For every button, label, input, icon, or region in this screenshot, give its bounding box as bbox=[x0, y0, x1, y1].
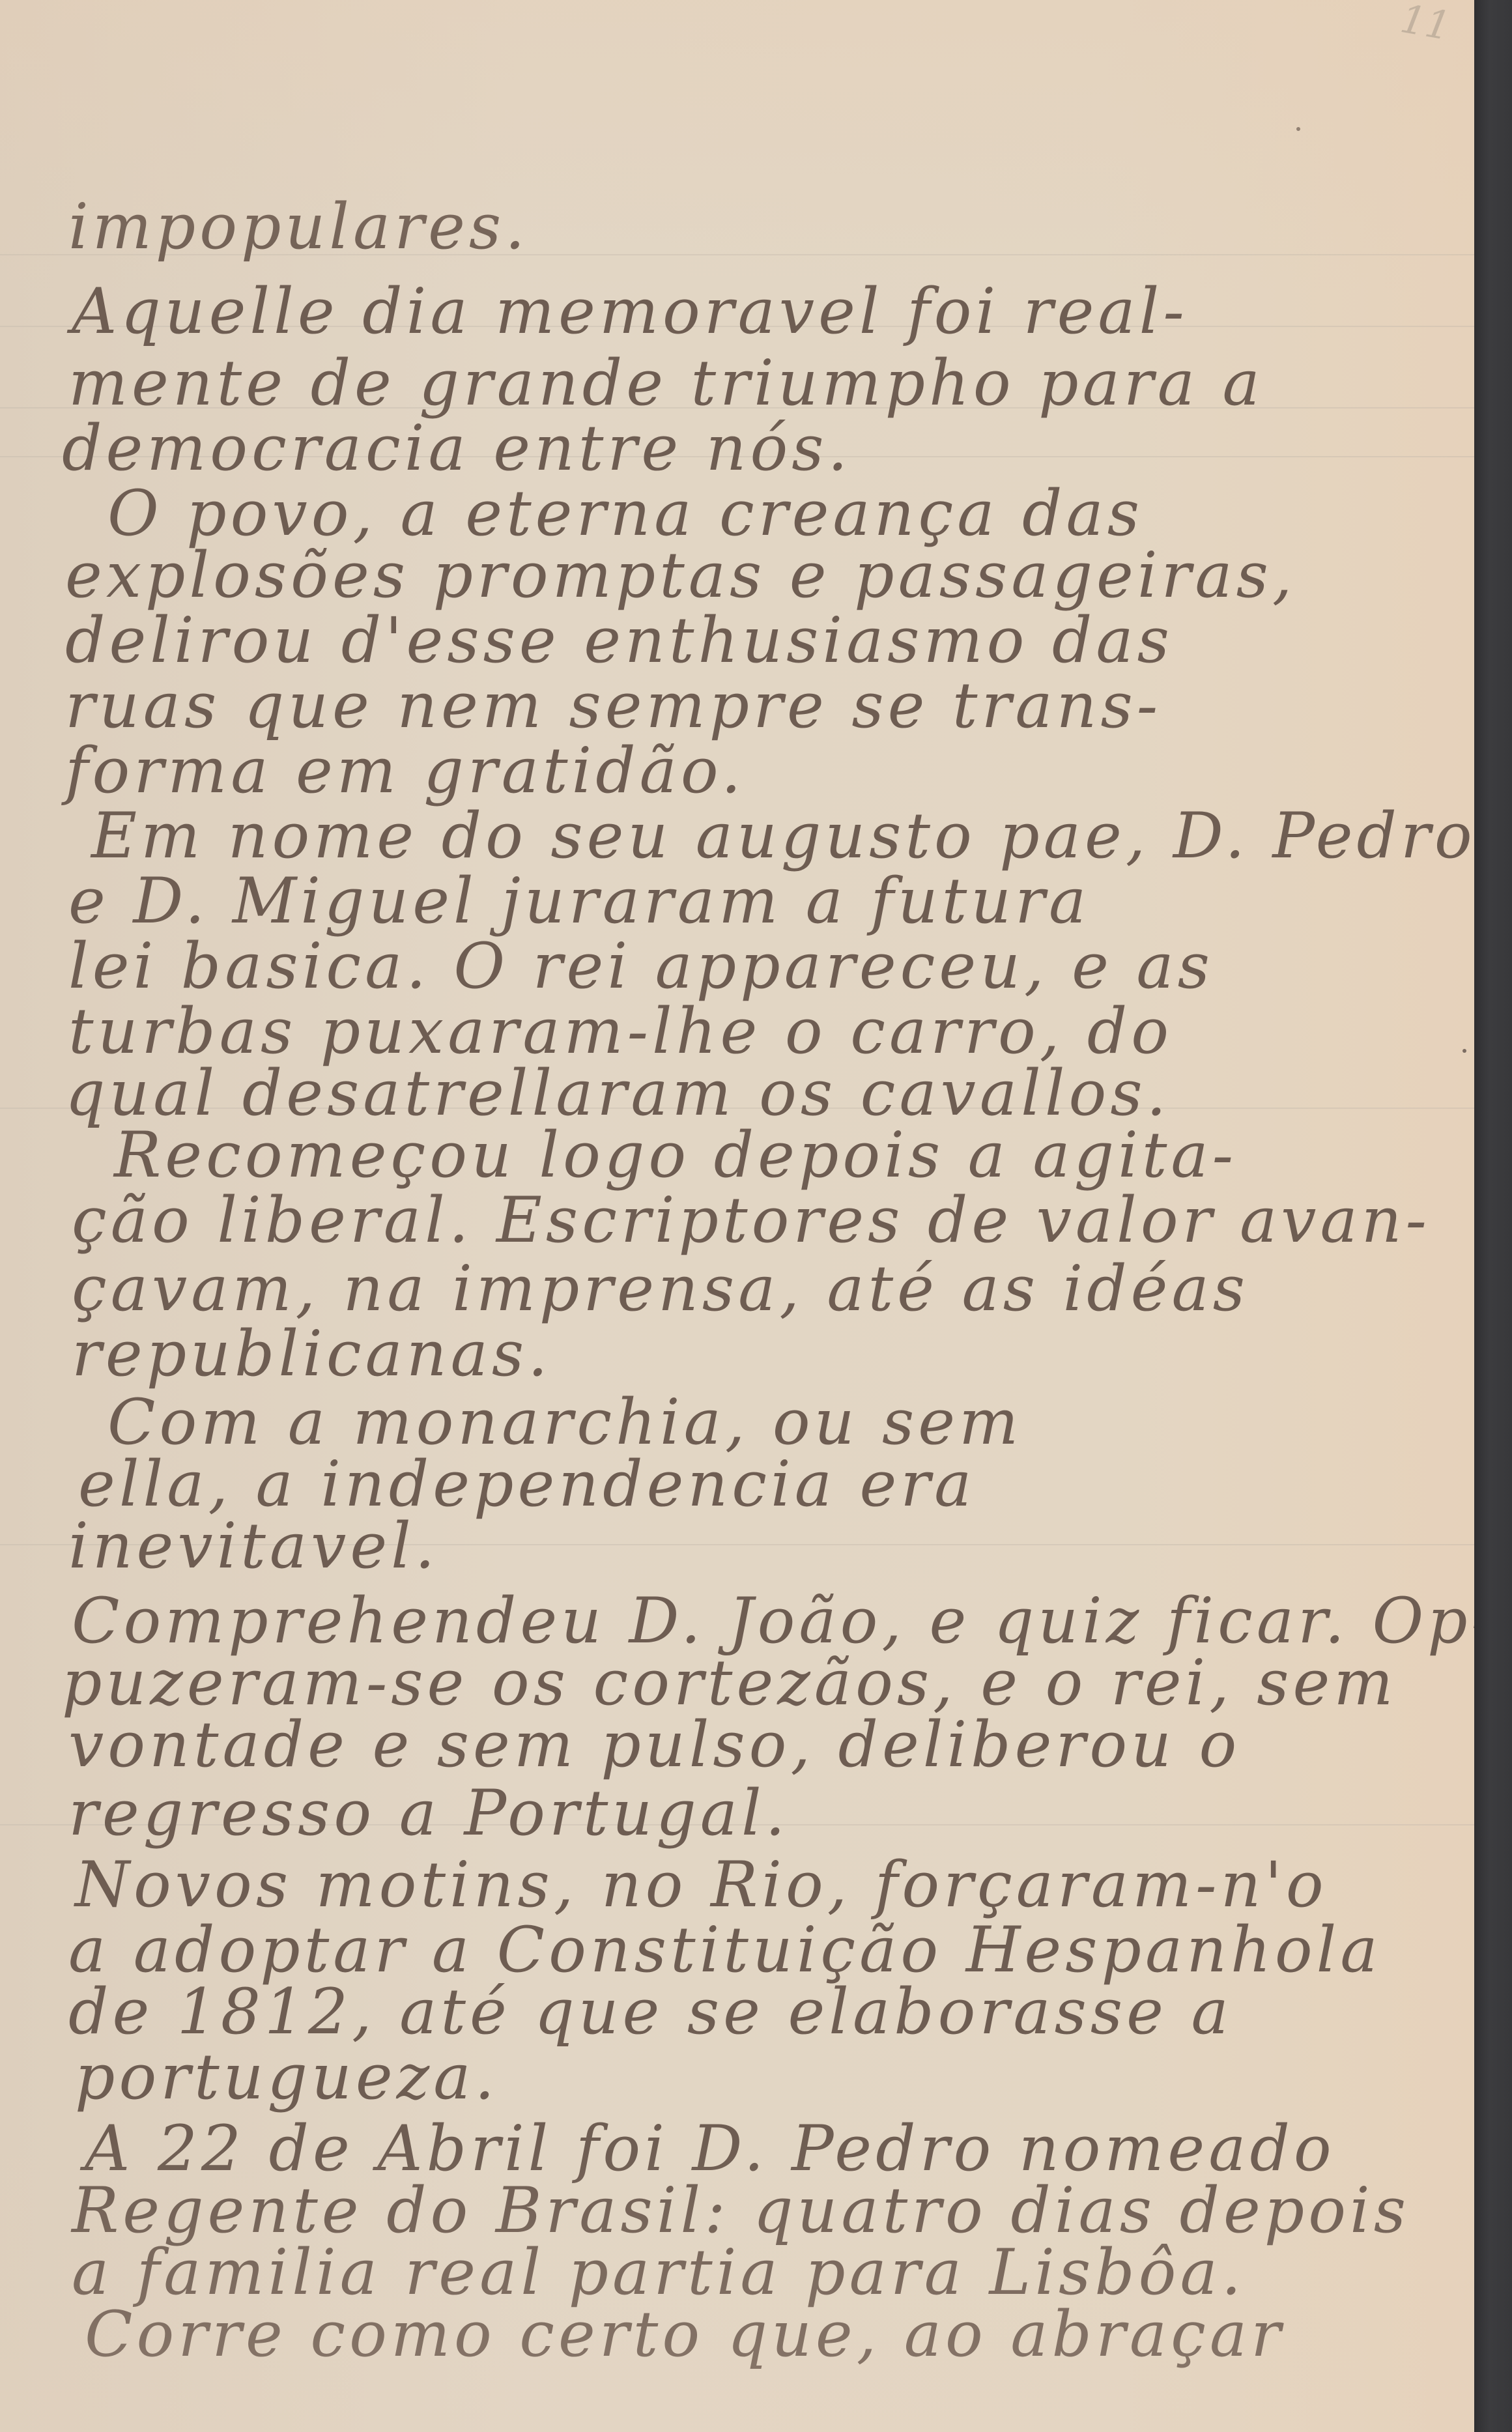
text-line: a familia real partia para Lisbôa. bbox=[72, 2241, 1245, 2304]
text-line: Corre como certo que, ao abraçar bbox=[85, 2303, 1285, 2366]
text-line: mente de grande triumpho para a bbox=[68, 352, 1264, 414]
text-line: lei basica. O rei appareceu, e as bbox=[68, 935, 1214, 997]
text-line: impopulares. bbox=[68, 195, 529, 258]
text-line: e D. Miguel juraram a futura bbox=[68, 870, 1090, 932]
text-line: a adoptar a Constituição Hespanhola bbox=[68, 1919, 1382, 1981]
text-line: Em nome do seu augusto pae, D. Pedro bbox=[91, 805, 1474, 867]
text-line: ella, a independencia era bbox=[78, 1453, 975, 1515]
text-line: forma em gratidão. bbox=[65, 739, 745, 802]
text-line: vontade e sem pulso, deliberou o bbox=[68, 1713, 1240, 1776]
page-number-mark: 11 bbox=[1397, 0, 1454, 50]
text-line: Comprehendeu D. João, e quiz ficar. Op- bbox=[72, 1590, 1474, 1652]
manuscript-page: 11 impopulares. Aquelle dia memoravel fo… bbox=[0, 0, 1474, 2432]
page-edge-shadow bbox=[1474, 0, 1512, 2432]
text-line: de 1812, até que se elaborasse a bbox=[68, 1981, 1233, 2043]
text-line: Novos motins, no Rio, forçaram-n'o bbox=[75, 1853, 1328, 1916]
ink-speck bbox=[1462, 1049, 1466, 1053]
text-line: turbas puxaram-lhe o carro, do bbox=[68, 1000, 1173, 1063]
text-line: portugueza. bbox=[75, 2046, 498, 2108]
text-line: regresso a Portugal. bbox=[68, 1782, 789, 1844]
text-line: puzeram-se os cortezãos, e o rei, sem bbox=[62, 1652, 1397, 1714]
text-line: inevitavel. bbox=[68, 1515, 438, 1577]
text-line: ção liberal. Escriptores de valor avan- bbox=[72, 1189, 1431, 1252]
text-line: delirou d'esse enthusiasmo das bbox=[65, 609, 1173, 672]
text-line: democracia entre nós. bbox=[62, 417, 851, 479]
text-line: explosões promptas e passageiras, bbox=[65, 544, 1296, 607]
text-line: Recomeçou logo depois a agita- bbox=[114, 1124, 1237, 1186]
text-line: qual desatrellaram os cavallos. bbox=[65, 1062, 1170, 1124]
text-line: republicanas. bbox=[72, 1323, 552, 1385]
text-line: çavam, na imprensa, até as idéas bbox=[72, 1257, 1249, 1320]
text-line: A 22 de Abril foi D. Pedro nomeado bbox=[85, 2117, 1335, 2180]
text-line: Com a monarchia, ou sem bbox=[107, 1391, 1022, 1453]
text-line: Aquelle dia memoravel foi real- bbox=[72, 280, 1188, 343]
ink-speck bbox=[1296, 127, 1300, 131]
text-line: Regente do Brasil: quatro dias depois bbox=[72, 2179, 1410, 2242]
text-line: O povo, a eterna creança das bbox=[107, 482, 1143, 545]
text-line: ruas que nem sempre se trans- bbox=[65, 674, 1162, 737]
